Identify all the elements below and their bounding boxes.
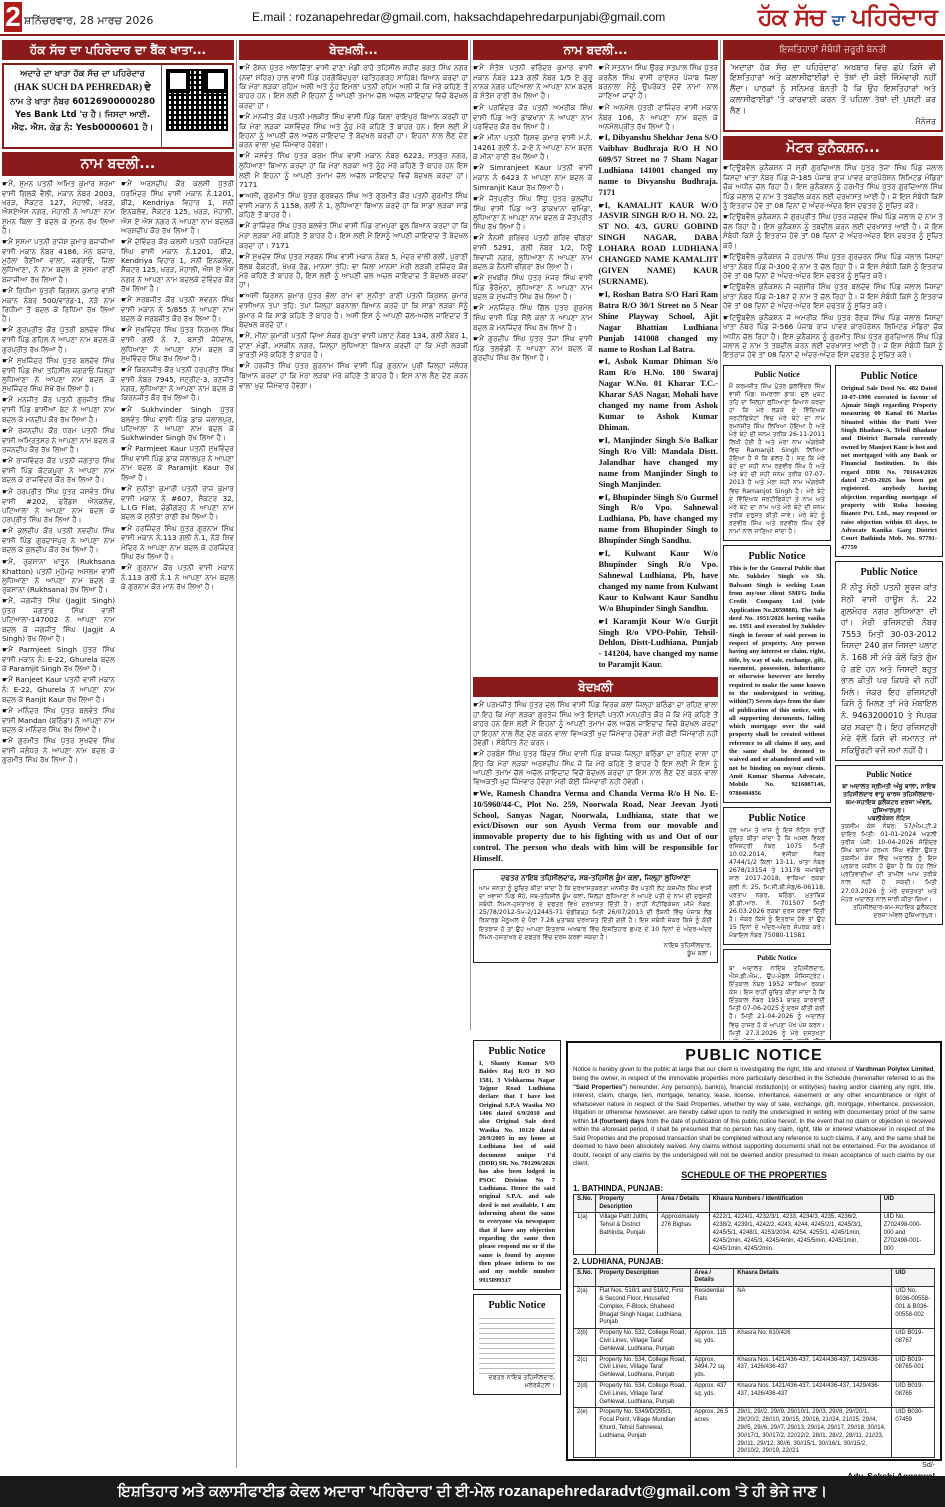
tehsil-notice: ਦਫਤਰ ਨਾਇਬ ਤਹਿਸੀਲਦਾਰ, ਸਬ-ਤਹਿਸੀਲ ਕੂੰਮ ਕਲਾਂ… xyxy=(473,869,718,963)
schedule-table-bathinda: S.No.Property DescriptionArea / DetailsK… xyxy=(573,1194,935,1256)
table-header: Property Description xyxy=(596,1194,658,1213)
page-number: 2 xyxy=(4,2,22,32)
list-item: ਮੈਂ ਸੰਤੋਸ਼ ਪਤਨੀ ਵਰਿੰਦਰ ਕੁਮਾਰ ਵਾਸੀ ਮਕਾਨ ਨ… xyxy=(473,63,593,101)
ramanjit-public-notice: Public Notice ਮੈਂ ਕਰਮਜੀਤ ਸਿੰਘ ਪੁੱਤਰ ਕੁਲਵ… xyxy=(723,365,831,541)
region-ludhiana: 2. LUDHIANA, PUNJAB: xyxy=(573,1257,935,1267)
list-item: ਮੈਂ, ਰੁਕਸਾਨਾ ਖਾਤੂਨ (Rukhsana Khatton) ਪਤ… xyxy=(2,557,115,595)
column-eviction: ਬੇਦਖ਼ਲੀ... ਮੈਂ ਰੋਸ਼ਨ ਪੁੱਤਰ ਅੱਲਾਦਿੱਤਾ ਵਾਸ… xyxy=(239,40,468,1472)
notice-title: Public Notice xyxy=(729,954,825,963)
list-item: ਮੈਂ ਮਨਜੀਤ ਕੌਰ ਪਤਨੀ ਗੁਰਜੀਤ ਸਿੰਘ ਵਾਸੀ ਪਿੰਡ… xyxy=(2,395,115,423)
newspaper-logo: ਹੱਕ ਸੱਚ ਦਾ ਪਹਿਰੇਦਾਰ xyxy=(758,2,937,36)
vardhman-public-notice: PUBLIC NOTICE Notice is hereby given to … xyxy=(566,1041,942,1461)
list-item: ਮੈਂ ਰੋਸ਼ਨ ਪੁੱਤਰ ਅੱਲਾਦਿੱਤਾ ਵਾਸੀ ਦਾਣਾ ਮੰਡੀ… xyxy=(239,63,468,110)
list-item: ਮੈਂ ਰਜਨਦੀਪ ਕੌਰ ਧਰਮ ਪਤਨੀ ਸਿੰਘ ਵਾਸੀ ਅਮ੍ਰਿਤ… xyxy=(2,426,115,454)
ad-disclaimer-box: ਇਸ਼ਤਿਹਾਰਾਂ ਸੰਬੰਧੀ ਜ਼ਰੂਰੀ ਬੇਨਤੀ 'ਅਦਾਰਾ ਹੱ… xyxy=(723,40,943,132)
table-row: 2(d)Property No. 534, College Road, Civi… xyxy=(574,1381,935,1407)
eviction-list-2: ਮੈਂ ਪਰਮਜੀਤ ਸਿੰਘ ਪੁੱਤਰ ਦਲ ਸਿੰਘ ਵਾਸੀ ਪਿੰਡ … xyxy=(473,700,718,786)
table-cell: 2(c) xyxy=(574,1355,596,1381)
list-item: ਮੈਂ ਗੁਰਮੀਤ ਸਿੰਘ ਪੁੱਤਰ ਸੁਖਦੇਵ ਸਿੰਘ ਵਾਸੀ ਜ… xyxy=(2,736,115,764)
list-item: ਮੈਂ ਕੁਲਦੀਪ ਕੌਰ ਪਤਨੀ ਨਵਦੀਪ ਸਿੰਘ ਵਾਸੀ ਪਿੰਡ… xyxy=(2,526,115,554)
notice-body: ਮੈਂ ਨੀਤੂ ਸੇਠੀ ਪਤਨੀ ਸੂਰਜ ਕਾਂਤ ਸੇਠੀ ਵਾਸੀ ਹ… xyxy=(841,582,937,756)
list-item: ਮੈਂ ਅਰਸ਼ਦੀਪ ਕੌਰ ਕਲਸੀ ਪੁੱਤਰੀ ਧਰਮਿੰਦਰ ਸਿੰਘ… xyxy=(121,179,234,235)
table-row: 2(e)Property No. 5349/D/295/1, Focal Poi… xyxy=(574,1408,935,1458)
notice-col-left: Public Notice ਮੈਂ ਕਰਮਜੀਤ ਸਿੰਘ ਪੁੱਤਰ ਕੁਲਵ… xyxy=(723,361,831,1040)
name-change-heading-2: ਨਾਮ ਬਦਲੀ... xyxy=(473,40,718,60)
eviction-list: ਮੈਂ ਰੋਸ਼ਨ ਪੁੱਤਰ ਅੱਲਾਦਿੱਤਾ ਵਾਸੀ ਦਾਣਾ ਮੰਡੀ… xyxy=(239,63,468,390)
list-item: ਮੈਂ ਮੀਨਾ ਪਤਨੀ ਰਿਸ਼ਵ ਕੁਮਾਰ ਵਾਸੀ ਮ.ਨੰ. 142… xyxy=(473,133,593,161)
list-item: ਮੈਂ ਹਰਜਿੰਦਰ ਸਿੰਘ ਪੁੱਤਰ ਗੁਰਨਾਮ ਸਿੰਘ ਵਾਸੀ … xyxy=(121,524,234,562)
table-cell: Khasra Nos. 1421/436-437, 1424/436-437, … xyxy=(734,1381,892,1407)
table-row: 2(a)Flat Nos. 518/1 and 518/2, First & S… xyxy=(574,1287,935,1329)
footer-suffix: 'ਤੇ ਹੀ ਭੇਜੇ ਜਾਣ। xyxy=(735,1483,827,1500)
column-divider xyxy=(720,40,721,1040)
table-cell: Property No. 534, College Road, Civil Li… xyxy=(596,1355,691,1381)
notice-body: ਹਰ ਆਮ ਤੇ ਖਾਸ ਨੂੰ ਇਸ ਨੋਟਿਸ ਰਾਹੀਂ ਸੂਚਿਤ ਕੀ… xyxy=(729,827,825,940)
list-item: ਮੈਂ ਸੁਸ਼ਮਾ ਪਤਨੀ ਰਾਜੇਸ਼ ਕੁਮਾਰ ਬਜਾਜੀਆ ਵਾਸੀ… xyxy=(2,237,115,284)
contact-emails[interactable]: E.mail : rozanapehredar@gmail.com, haksa… xyxy=(252,10,665,24)
table-cell: 2(d) xyxy=(574,1381,596,1407)
disclaimer-body: 'ਅਦਾਰਾ ਹੱਕ ਸੱਚ ਦਾ ਪਹਿਰੇਦਾਰ' ਅਖ਼ਬਾਰ ਵਿਚ ਛ… xyxy=(725,60,941,131)
notice-title: Public Notice xyxy=(841,566,937,581)
disclaimer-heading: ਇਸ਼ਤਿਹਾਰਾਂ ਸੰਬੰਧੀ ਜ਼ਰੂਰੀ ਬੇਨਤੀ xyxy=(725,42,941,60)
bank-line: (HAK SUCH DA PEHREDAR) ਦੇ xyxy=(8,81,157,96)
bank-ifsc: ਐਫ. ਐਸ. ਕੋਡ ਨੰ: Yesb0000601 ਹੈ। xyxy=(8,122,157,135)
table-header: UID xyxy=(880,1194,934,1213)
notice-court-subtitle: ਪਬਲੀਕੇਸ਼ਨ ਨੋਟਿਸ xyxy=(841,815,937,823)
list-item: ਮੈਂ ਨੈਨਸੀ ਗਰਿਵਰ ਪਤਨੀ ਗਰਿਵ ਢੀਂਗਰਾ ਵਾਸੀ 52… xyxy=(473,233,593,271)
disclaimer-text: 'ਅਦਾਰਾ ਹੱਕ ਸੱਚ ਦਾ ਪਹਿਰੇਦਾਰ' ਅਖ਼ਬਾਰ ਵਿਚ ਛ… xyxy=(730,63,936,115)
notice-intro: Notice is hereby given to the public at … xyxy=(573,1066,856,1073)
list-item: ਮੈਂ ਗੁਰਪ੍ਰੀਤ ਕੌਰ ਪੁੱਤਰੀ ਬਲਦੇਵ ਸਿੰਘ ਵਾਸੀ … xyxy=(2,325,115,353)
registry-public-notice: Public Notice ਹਰ ਆਮ ਤੇ ਖਾਸ ਨੂੰ ਇਸ ਨੋਟਿਸ … xyxy=(723,807,831,945)
shanty-notice-title: Public Notice xyxy=(479,1045,555,1058)
eviction-heading-2: ਬੇਦਖ਼ਲੀ xyxy=(473,677,718,697)
list-item: ਮੈਂ ਹਰਪ੍ਰੀਤ ਸਿੰਘ ਪੁੱਤਰ ਜਸਵੰਤ ਸਿੰਘ ਵਾਸੀ #… xyxy=(2,487,115,525)
neetu-public-notice: Public Notice ਮੈਂ ਨੀਤੂ ਸੇਠੀ ਪਤਨੀ ਸੂਰਜ ਕਾ… xyxy=(835,561,943,761)
list-item: ਮੈਂ ਕਿਰਨਜੀਤ ਕੌਰ ਪਤਨੀ ਹਰਪ੍ਰੀਤ ਸਿੰਘ ਵਾਸੀ ਨ… xyxy=(121,365,234,403)
list-item: I, Kulwant Kaur W/o Bhupinder Singh R/o … xyxy=(599,549,719,615)
list-item: ਮੈਂ Simranjeet Kaur ਪਤਨੀ ਵਾਸੀ ਮਕਾਨ ਨੰ 64… xyxy=(473,163,593,191)
table-header: Area / Details xyxy=(691,1268,734,1287)
brand-mid: ਦਾ xyxy=(832,13,844,29)
list-item: ਅਸੀਂ, ਗੁਰਮੀਤ ਸਿੰਘ ਪੁੱਤਰ ਗੁਰਬਚਨ ਸਿੰਘ ਅਤੇ … xyxy=(239,191,468,219)
list-item: ਮੈਂ ਸਤਨਾਮ ਸਿੰਘ ਉਰਫ ਸਤਪਾਲ ਸਿੰਘ ਪੁੱਤਰ ਕਰਨੈ… xyxy=(599,63,719,101)
table-cell: Property No. 532, College Road, Civil Li… xyxy=(596,1329,691,1355)
list-item: ਟਿਊਬਵੈਲ ਕੁਨੈਕਸ਼ਨ ਜੋ ਹਰਪਾਲ ਸਿੰਘ ਪੁੱਤਰ ਗੁਰ… xyxy=(723,252,943,280)
table-row: 2(b)Property No. 532, College Road, Civi… xyxy=(574,1329,935,1355)
list-item: ਮੈਂ ਜੋਤਪ੍ਰੀਤ ਸਿੰਘ ਸਿੱਧੂ ਪੁੱਤਰ ਕੁਲਦੀਪ ਸਿੰ… xyxy=(473,194,593,232)
footer-text: ਇਸ਼ਤਿਹਾਰ ਅਤੇ ਕਲਾਸੀਫਾਈਡ ਕੇਵਲ ਅਦਾਰਾ 'ਪਹਿਰੇ… xyxy=(118,1483,494,1500)
name-change-heading: ਨਾਮ ਬਦਲੀ... xyxy=(2,152,234,176)
public-notice-body: Notice is hereby given to the public at … xyxy=(573,1066,935,1169)
small-notice-sig: ਦਫਤਰ ਨਾਇਬ ਤਹਿਸੀਲਦਾਰ, ਮਲੇਰਕੋਟਲਾ। xyxy=(479,1374,555,1390)
list-item: ਮੈਂ ਦੇਵਿੰਦਰ ਕੌਰ ਕਲਸੀ ਪਤਨੀ ਧਰਮਿੰਦਰ ਸਿੰਘ ਵ… xyxy=(121,237,234,293)
table-cell: UID B019-08765 xyxy=(892,1381,935,1407)
table-cell: 2(a) xyxy=(574,1287,596,1329)
list-item: I, Bhupinder Singh S/o Gurmel Singh R/o … xyxy=(599,493,719,548)
notice-grid: Public Notice ਮੈਂ ਕਰਮਜੀਤ ਸਿੰਘ ਪੁੱਤਰ ਕੁਲਵ… xyxy=(723,361,943,1040)
bank-line: ਅਦਾਰੇ ਦਾ ਖਾਤਾ ਹੱਕ ਸੱਚ ਦਾ ਪਹਿਰੇਦਾਰ xyxy=(8,68,157,81)
list-item: ਮੈਂ, ਜਗਜੀਤ ਸਿੰਘ (Jagjit Singh) ਪੁੱਤਰ ਜਗਤ… xyxy=(2,596,115,643)
tehsil-notice-body: ਆਮ ਜਨਤਾ ਨੂੰ ਸੂਚਿਤ ਕੀਤਾ ਜਾਂਦਾ ਹੈ ਕਿ ਦਰਖਾਸ… xyxy=(479,885,712,941)
notice-body: ਬਾ ਅਦਾਲਤ ਨਾਇਬ ਤਹਿਸੀਲਦਾਰ, ਐਸ.ਡੀ.ਐਮ., ਉਪ-ਮ… xyxy=(729,965,825,1040)
table-cell: Village Patti Jutthi, Tehsil & District … xyxy=(596,1213,658,1255)
table-cell: 29//1, 29//2, 29//9, 29//10/1, 29//3, 29… xyxy=(734,1408,892,1458)
list-item: ਮੈਂ ਸੁਖਜਿੰਦਰ ਸਿੰਘ ਪੁੱਤਰ ਬਲਦੇਵ ਸਿੰਘ ਵਾਸੀ … xyxy=(2,356,115,394)
name-change-punjabi: ਮੈਂ ਸੰਤੋਸ਼ ਪਤਨੀ ਵਰਿੰਦਰ ਕੁਮਾਰ ਵਾਸੀ ਮਕਾਨ ਨ… xyxy=(473,63,593,673)
court-public-notice: Public Notice ਬਾ ਅਦਾਲਤ ਸ੍ਰੀਮਤੀ ਅੰਜੂ ਬਾਲਾ… xyxy=(835,765,943,924)
tehsil-notice-sig1: ਨਾਇਬ ਤਹਿਸੀਲਦਾਰ, xyxy=(479,942,712,950)
list-item: ਮੈਂ ਮਨਜਿੰਦਰ ਸਿੰਘ ਗਿੱਲ ਪੁੱਤਰ ਗੁਰਮੇਲ ਸਿੰਘ … xyxy=(473,303,593,331)
list-item: ਮੈਂ ਸਰਬਜੀਤ ਕੌਰ ਪਤਨੀ ਸਵਰਨ ਸਿੰਘ ਵਾਸੀ ਮਕਾਨ … xyxy=(121,295,234,323)
table-cell: Approx. 437 sq. yds. xyxy=(691,1381,734,1407)
list-item: ਮੈਂ ਗੁਰਨਾਮ ਕੌਰ ਪਤਨੀ ਵਾਸੀ ਮਕਾਨ ਨੰ.113 ਗਲੀ… xyxy=(121,563,234,591)
list-item: ਮੈਂ ਹਰਬੰਸ ਸਿੰਘ ਪੁੱਤਰ ਬਿੰਦਰ ਸਿੰਘ ਵਾਸੀ ਪਿੰ… xyxy=(473,749,718,787)
bank-account-number: ਨਾਮ ਤੇ ਖਾਤਾ ਨੰਬਰ 60126900000280 xyxy=(8,96,157,109)
table-cell: UID B019-08767 xyxy=(892,1329,935,1355)
disclaimer-signature: ਮੈਨੇਜਰ xyxy=(730,117,936,128)
bank-account-heading: ਹੱਕ ਸੱਚ ਦਾ ਪਹਿਰੇਦਾਰ ਦਾ ਬੈਂਕ ਖਾਤਾ... xyxy=(2,40,234,60)
table-header: Property Description xyxy=(596,1268,691,1287)
name-change-right: ਮੈਂ ਅਰਸ਼ਦੀਪ ਕੌਰ ਕਲਸੀ ਪੁੱਤਰੀ ਧਰਮਿੰਦਰ ਸਿੰਘ… xyxy=(121,179,234,767)
motor-connection-heading: ਮੋਟਰ ਕੁਨੈਕਸ਼ਨ... xyxy=(723,136,943,160)
footer-banner: ਇਸ਼ਤਿਹਾਰ ਅਤੇ ਕਲਾਸੀਫਾਈਡ ਕੇਵਲ ਅਦਾਰਾ 'ਪਹਿਰੇ… xyxy=(0,1476,945,1507)
schedule-title: SCHEDULE OF THE PROPERTIES xyxy=(573,1170,935,1182)
list-item: ਮੈਂ ਸੁਨੀਤਾ ਕੁਮਾਰੀ ਪਤਨੀ ਰਾਜ ਕੁਮਾਰ ਵਾਸੀ ਮਕ… xyxy=(121,484,234,522)
tehsil2-public-notice: Public Notice ਬਾ ਅਦਾਲਤ ਨਾਇਬ ਤਹਿਸੀਲਦਾਰ, ਐ… xyxy=(723,949,831,1040)
list-item: I, Dibyanshu Shekhar Jena S/O Vaibhav Bu… xyxy=(599,133,719,199)
table-header: UID xyxy=(892,1268,935,1287)
table-cell: UID B030-07459 xyxy=(892,1408,935,1458)
table-header: Area / Details xyxy=(658,1194,710,1213)
list-item: ਮੈਂ ਪਰਮਜੀਤ ਸਿੰਘ ਪੁੱਤਰ ਦਲ ਸਿੰਘ ਵਾਸੀ ਪਿੰਡ … xyxy=(473,700,718,747)
shanty-public-notice: Public Notice I, Shanty Kumar S/O Baldev… xyxy=(473,1040,561,1290)
list-item: ਮੈਂ ਸੁਖਦੇਵ ਸਿੰਘ ਪੁੱਤਰ ਸਰਬਨ ਸਿੰਘ ਵਾਸੀ ਮਕਾ… xyxy=(239,252,468,290)
notice-col-right: Public Notice Original Sale Deed No. 482… xyxy=(835,361,943,1040)
list-item: ਮੈਂ ਮਨਿੰਦਰ ਸਿੰਘ ਪੁੱਤਰ ਬਲਵੰਤ ਸਿੰਘ ਵਾਸੀ Ma… xyxy=(2,706,115,734)
list-item: I, Roshan Batra S/O Hari Ram Batra R/O 3… xyxy=(599,290,719,356)
notice-body: This is for the General Public that Mr. … xyxy=(729,565,825,798)
name-change-list: ਮੈਂ, ਸੁਮਨ ਪਤਨੀ ਅਮਿਤ ਕੁਮਾਰ ਸ਼ਰਮਾ ਵਾਸੀ ਗਿਲ… xyxy=(2,179,234,767)
list-item: I, KAMALJIT KAUR W/O JASVIR SINGH R/O H.… xyxy=(599,201,719,288)
list-item: ਮੈਂ ਹਰਜੀਤ ਸਿੰਘ ਪੁੱਤਰ ਗੁਰਨਾਮ ਸਿੰਘ ਵਾਸੀ ਪਿ… xyxy=(239,361,468,389)
company-name: Vardhman Polytex Limited xyxy=(856,1066,934,1073)
notice-title: Public Notice xyxy=(729,370,825,380)
table-cell: Khasra Nos. 1421/436-437, 1424/436-437, … xyxy=(734,1355,892,1381)
notice-title: Public Notice xyxy=(729,812,825,825)
list-item: ਮੈਂ, ਮੀਨਾ ਕੁਮਾਰੀ ਪਤਨੀ ਦਿਆ ਸ਼ੰਕਰ ਗੁਪਤਾ ਵਾ… xyxy=(239,331,468,359)
table-row: 2(c)Property No. 534, College Road, Civi… xyxy=(574,1355,935,1381)
brand-left: ਹੱਕ ਸੱਚ xyxy=(758,3,825,31)
column-name-change-1: ਹੱਕ ਸੱਚ ਦਾ ਪਹਿਰੇਦਾਰ ਦਾ ਬੈਂਕ ਖਾਤਾ... ਅਦਾਰ… xyxy=(2,40,234,1472)
column-name-change-2: ਨਾਮ ਬਦਲੀ... ਮੈਂ ਸੰਤੋਸ਼ ਪਤਨੀ ਵਰਿੰਦਰ ਕੁਮਾਰ… xyxy=(473,40,718,1040)
brand-right: ਪਹਿਰੇਦਾਰ xyxy=(852,3,937,31)
name-change-list-2: ਮੈਂ ਸੰਤੋਸ਼ ਪਤਨੀ ਵਰਿੰਦਰ ਕੁਮਾਰ ਵਾਸੀ ਮਕਾਨ ਨ… xyxy=(473,63,718,673)
masthead: 2 ਸ਼ਨਿੱਚਰਵਾਰ, 28 ਮਾਰਚ 2026 E.mail : roza… xyxy=(0,0,945,36)
list-item: ਮੈਂ Ranjeet Kaur ਪਤਨੀ ਵਾਸੀ ਮਕਾਨ ਨੰ: E-22… xyxy=(2,675,115,703)
list-item: ਮੈਂ ਰਾਜਿੰਦਰ ਸਿੰਘ ਪੁੱਤਰ ਬਲਵੰਤ ਸਿੰਘ ਵਾਸੀ ਪ… xyxy=(239,221,468,249)
table-cell: UID B019-08765-001 xyxy=(892,1355,935,1381)
list-item: ਮੈਂ Parmjeet Singh ਪੁੱਤਰ ਸਿੰਘ ਵਾਸੀ ਮਕਾਨ … xyxy=(2,645,115,673)
list-item: I, Ashok Kumar Dhiman S/o Ram R/o H.No. … xyxy=(599,357,719,433)
notice-signature: ਤਹਿਸੀਲਦਾਰ-ਕਮ-ਸਹਾਇਕ ਕੁਲੈਕਟਰ ਦਰਜਾ ਅੱਵਲ ਹੁਸ… xyxy=(841,904,937,920)
table-cell: Approximately 276 Bighas xyxy=(658,1213,710,1255)
table-cell: Flat Nos. 518/1 and 518/2, First & Secon… xyxy=(596,1287,691,1329)
list-item: ਮੈਂ ਅਨਮੋਲ ਪੁੱਤਰੀ ਰਾਜਿੰਦਰ ਵਾਸੀ ਮਕਾਨ ਨੰਬਰ … xyxy=(599,103,719,131)
column-divider xyxy=(470,40,471,1030)
bank-line: Yes Bank Ltd 'ਚ ਹੈ। ਜਿਸਦਾ ਆਈ. xyxy=(8,109,157,122)
shanty-column: Public Notice I, Shanty Kumar S/O Baldev… xyxy=(473,1040,561,1470)
list-item: ਟਿਊਬਵੈਲ ਕੁਨੈਕਸ਼ਨ ਜੋ ਗੁਰਪ੍ਰੀਤ ਸਿੰਘ ਪੁੱਤਰ … xyxy=(723,212,943,250)
notice-title: Public Notice xyxy=(729,550,825,563)
list-item: ਮੈਂ ਪਰਵਿੰਦਰ ਕੌਰ ਪਤਨੀ ਅਮਰੀਕ ਸਿੰਘ ਵਾਸੀ ਪਿੰ… xyxy=(473,103,593,131)
notice-body2: from the date of publication of this pub… xyxy=(573,1118,935,1168)
list-item: ਅਸੀਂ ਕ੍ਰਿਸ਼ਨ ਕੁਮਾਰ ਪੁੱਤਰ ਭੋਲਾ ਰਾਮ ਵਾ ਸੁਨ… xyxy=(239,291,468,329)
table-cell: Approx. 115 sq. yds. xyxy=(691,1329,734,1355)
notice-days: 14 (fourteen) days xyxy=(591,1118,645,1125)
list-item: ਟਿਊਬਵੈਲ ਕੁਨੈਕਸ਼ਨ ਜੋ ਸ੍ਰੀ ਗੁਰਦਿਆਲ ਸਿੰਘ ਪੁ… xyxy=(723,163,943,210)
list-item: ਟਿਊਬਵੈਲ ਕੁਨੈਕਸ਼ਨ ਜੋ ਅਮਰੀਕ ਸਿੰਘ ਪੁੱਤਰ ਰੌਣ… xyxy=(723,313,943,360)
public-notice-title: PUBLIC NOTICE xyxy=(573,1046,935,1066)
list-item: ਮੈਂ ਗੁਰਦੀਪ ਸਿੰਘ ਪੁੱਤਰ ਤੇਜਾ ਸਿੰਘ ਵਾਸੀ ਪਿੰ… xyxy=(473,334,593,362)
table-cell: 2(b) xyxy=(574,1329,596,1355)
table-cell: Property No. 534, College Road, Civil Li… xyxy=(596,1381,691,1407)
list-item: I, Manjinder Singh S/o Balkar Singh R/o … xyxy=(599,436,719,491)
table-cell: 1(a) xyxy=(574,1213,596,1255)
tehsil-notice-sig2: ਕੂੰਮ ਕਲਾਂ। xyxy=(479,950,712,958)
issue-date: ਸ਼ਨਿੱਚਰਵਾਰ, 28 ਮਾਰਚ 2026 xyxy=(24,14,153,28)
notice-title: Public Notice xyxy=(841,770,937,780)
said-properties: "Said Properties" xyxy=(573,1084,625,1091)
eviction-english-item: We, Ramesh Chandra Verma and Chanda Verm… xyxy=(473,789,718,865)
list-item: ਮੈਂ Parmjeet Kaur ਪਤਨੀ ਸੁਖਵਿੰਦਰ ਸਿੰਘ ਵਾਸ… xyxy=(121,444,234,482)
motor-connection-list: ਟਿਊਬਵੈਲ ਕੁਨੈਕਸ਼ਨ ਜੋ ਸ੍ਰੀ ਗੁਰਦਿਆਲ ਸਿੰਘ ਪੁ… xyxy=(723,163,943,359)
list-item: ਮੈਂ, ਸੁਮਨ ਪਤਨੀ ਅਮਿਤ ਕੁਮਾਰ ਸ਼ਰਮਾ ਵਾਸੀ ਗਿਲ… xyxy=(2,179,115,235)
list-item: ਮੈਂ ਮਨਜੀਤ ਕੌਰ ਪਤਨੀ ਮਲਕੀਤ ਸਿੰਘ ਵਾਸੀ ਪਿੰਡ … xyxy=(239,112,468,150)
table-header: S.No. xyxy=(574,1268,596,1287)
list-item: ਮੈਂ Sukhvinder Singh ਪੁੱਤਰ ਬਲਵੰਤ ਸਿੰਘ ਵਾ… xyxy=(121,405,234,443)
notice-body: ਤਕਸੀਮ ਕੇਸ ਨੰਬਰ: 57/ਐਮ.ਟੀ.2 ਦਾਇਰ ਮਿਤੀ: 01… xyxy=(841,823,937,904)
notice-body: ਮੈਂ ਕਰਮਜੀਤ ਸਿੰਘ ਪੁੱਤਰ ਕੁਲਵਿੰਦਰ ਸਿੰਘ ਵਾਸੀ… xyxy=(729,383,825,536)
table-cell: Approx. 26.5 acres xyxy=(691,1408,734,1458)
table-cell: UID No. Z702498-000-000 and Z702498-001-… xyxy=(880,1213,934,1255)
manjeet-public-notice: Public Notice Original Sale Deed No. 482… xyxy=(835,365,943,557)
footer-email-link[interactable]: rozanapehredaradvt@gmail.com xyxy=(498,1483,730,1500)
table-header: Khasra Numbers / Identification xyxy=(709,1194,880,1213)
notice-body: Original Sale Deed No. 482 Dated 10-07-1… xyxy=(841,385,937,552)
name-change-mixed: ਮੈਂ ਸਤਨਾਮ ਸਿੰਘ ਉਰਫ ਸਤਪਾਲ ਸਿੰਘ ਪੁੱਤਰ ਕਰਨੈ… xyxy=(599,63,719,673)
list-item: I Karamjit Kour W/o Gurjit Singh R/o VPO… xyxy=(599,617,719,672)
small-notice-title: Public Notice xyxy=(479,1299,555,1312)
column-divider xyxy=(236,40,237,1468)
signature-sd: Sd/- xyxy=(573,1461,935,1470)
table-cell: Property No. 5349/D/295/1, Focal Point, … xyxy=(596,1408,691,1458)
table-cell: UID No. B036-00558-001 & B036-00558-002 xyxy=(892,1287,935,1329)
table-cell: Residential Flats xyxy=(691,1287,734,1329)
small-notice-text-block xyxy=(479,1314,555,1374)
name-change-left: ਮੈਂ, ਸੁਮਨ ਪਤਨੀ ਅਮਿਤ ਕੁਮਾਰ ਸ਼ਰਮਾ ਵਾਸੀ ਗਿਲ… xyxy=(2,179,115,767)
table-header: Khasra Details xyxy=(734,1268,892,1287)
list-item: ਮੈਂ ਜਸਵੰਤ ਸਿੰਘ ਪੁੱਤਰ ਕਰਮ ਸਿੰਘ ਵਾਸੀ ਮਕਾਨ … xyxy=(239,151,468,189)
list-item: ਮੈਂ ਰਿਧੀਮਾ ਪੁੱਤਰੀ ਕ੍ਰਿਸ਼ਨ ਕੁਮਾਰ ਵਾਸੀ ਮਕਾ… xyxy=(2,286,115,324)
table-header: S.No. xyxy=(574,1194,596,1213)
column-notices: ਇਸ਼ਤਿਹਾਰਾਂ ਸੰਬੰਧੀ ਜ਼ਰੂਰੀ ਬੇਨਤੀ 'ਅਦਾਰਾ ਹੱ… xyxy=(723,40,943,1040)
eviction-heading: ਬੇਦਖ਼ਲੀ... xyxy=(239,40,468,60)
small-public-notice: Public Notice ਦਫਤਰ ਨਾਇਬ ਤਹਿਸੀਲਦਾਰ, ਮਲੇਰਕ… xyxy=(473,1294,561,1395)
table-cell: Approx. 3494.72 sq. yds. xyxy=(691,1355,734,1381)
table-cell: 4222/1, 4224/1, 4232/3/1, 4233, 4234/3, … xyxy=(709,1213,880,1255)
bank-account-text: ਅਦਾਰੇ ਦਾ ਖਾਤਾ ਹੱਕ ਸੱਚ ਦਾ ਪਹਿਰੇਦਾਰ (HAK S… xyxy=(4,65,162,147)
list-item: ਮੈਂ ਰਾਜਵਿੰਦਰ ਕੌਰ ਪਤਨੀ ਜਗਤਾਰ ਸਿੰਘ ਵਾਸੀ ਪਿ… xyxy=(2,456,115,484)
list-item: ਮੈਂ ਸੁਖਵਿੰਦਰ ਸਿੰਘ ਪੁੱਤਰ ਨਿਰਮਲ ਸਿੰਘ ਵਾਸੀ … xyxy=(121,325,234,363)
schedule-table-ludhiana: S.No.Property DescriptionArea / DetailsK… xyxy=(573,1268,935,1459)
sukhdev-public-notice: Public Notice This is for the General Pu… xyxy=(723,545,831,803)
table-row: 1(a)Village Patti Jutthi, Tehsil & Distr… xyxy=(574,1213,935,1255)
notice-title: Public Notice xyxy=(841,370,937,383)
list-item: ਟਿਊਬਵੈਲ ਕੁਨੈਕਸ਼ਨ ਜੋ ਜਗਸੀਰ ਸਿੰਘ ਪੁੱਤਰ ਬਲਦ… xyxy=(723,282,943,310)
table-cell: Khasra No. 610/426 xyxy=(734,1329,892,1355)
table-cell: NA xyxy=(734,1287,892,1329)
list-item: ਮੈਂ ਸੁਖਬੀਰ ਸਿੰਘ ਪੁੱਤਰ ਮੇਜਰ ਸਿੰਘ ਵਾਸੀ ਪਿੰ… xyxy=(473,273,593,301)
table-cell: 2(e) xyxy=(574,1408,596,1458)
shanty-notice-body: I, Shanty Kumar S/O Baldev Raj R/O H NO … xyxy=(479,1060,555,1285)
region-bathinda: 1. BATHINDA, PUNJAB: xyxy=(573,1184,935,1194)
bank-account-box: ਅਦਾਰੇ ਦਾ ਖਾਤਾ ਹੱਕ ਸੱਚ ਦਾ ਪਹਿਰੇਦਾਰ (HAK S… xyxy=(2,63,234,149)
tehsil-notice-title: ਦਫਤਰ ਨਾਇਬ ਤਹਿਸੀਲਦਾਰ, ਸਬ-ਤਹਿਸੀਲ ਕੂੰਮ ਕਲਾਂ… xyxy=(479,874,712,883)
notice-court-name: ਬਾ ਅਦਾਲਤ ਸ੍ਰੀਮਤੀ ਅੰਜੂ ਬਾਲਾ, ਨਾਇਬ ਤਹਿਸੀਲਦ… xyxy=(841,783,937,815)
qr-code-icon xyxy=(162,65,232,147)
